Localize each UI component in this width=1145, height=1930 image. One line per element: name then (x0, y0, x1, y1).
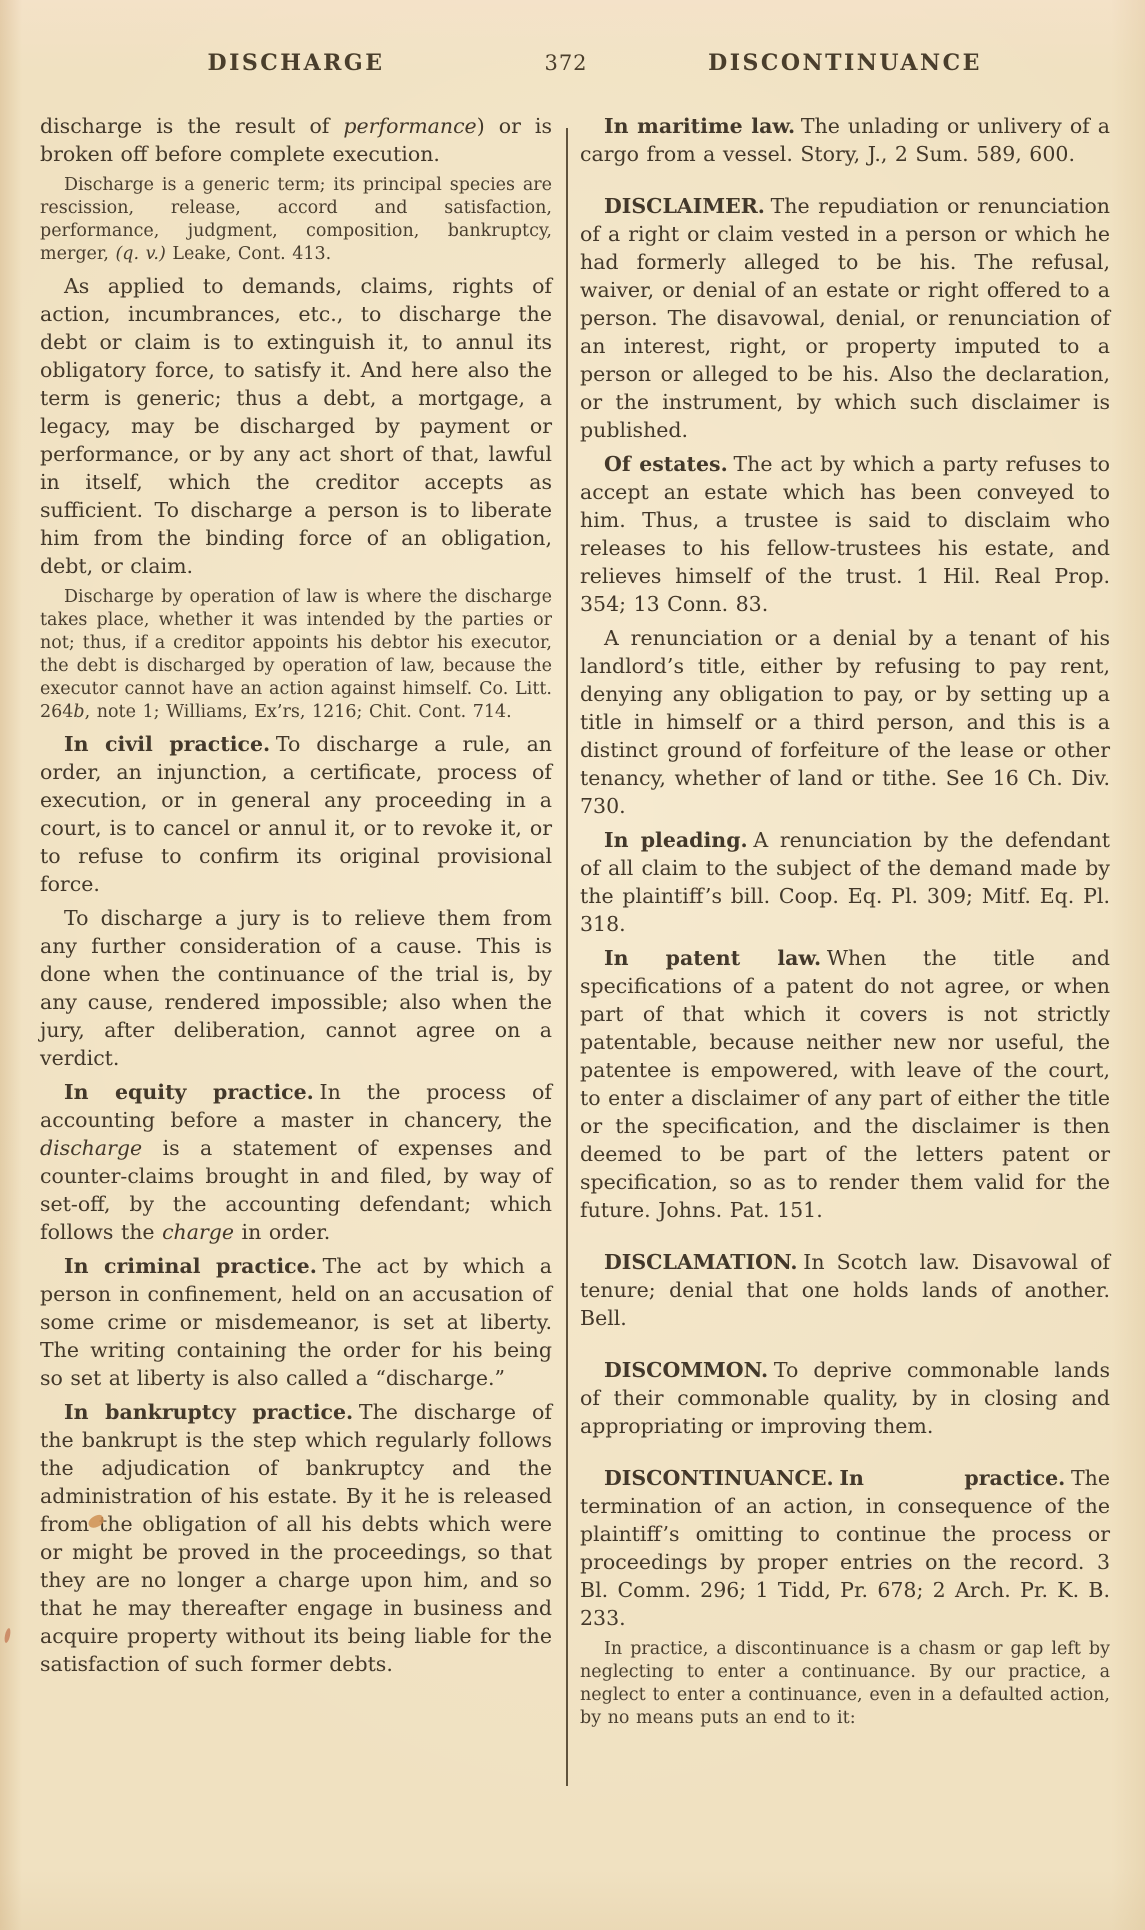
scanned-dictionary-page: DISCHARGE 372 DISCONTINUANCE discharge i… (0, 0, 1145, 1930)
disclaimer-entry: DISCLAIMER.The repudiation or renunciati… (580, 192, 1110, 444)
text-run-bold: DISCONTINUANCE. (604, 1466, 834, 1490)
text-run-bold: In patent law. (604, 946, 821, 970)
header-right-word: DISCONTINUANCE (580, 50, 1110, 76)
discharge-operation-of-law-note: Discharge by operation of law is where t… (40, 586, 552, 724)
text-run-normal: To discharge a jury is to relieve them f… (40, 906, 552, 1070)
bankruptcy-practice-paragraph: In bankruptcy practice.The discharge of … (40, 1398, 552, 1678)
text-run-bold: In pleading. (604, 828, 748, 852)
text-run-bold: DISCLAMATION. (604, 1250, 798, 1274)
text-run-normal: The repudiation or renunciation of a rig… (580, 194, 1110, 442)
two-column-text-block: discharge is the result of performance) … (40, 112, 1110, 1736)
disclamation-entry: DISCLAMATION.In Scotch law. Disavowal of… (580, 1248, 1110, 1332)
text-run-bold: In criminal practice. (64, 1254, 317, 1278)
left-column: discharge is the result of performance) … (40, 112, 552, 1736)
text-run-normal: discharge is the result of (40, 114, 343, 138)
text-run-italic: discharge (40, 1136, 142, 1160)
text-run-italic: b (73, 702, 84, 722)
tenant-renunciation-paragraph: A renunciation or a denial by a tenant o… (580, 624, 1110, 820)
text-run-normal: The discharge of the bankrupt is the ste… (40, 1400, 552, 1676)
text-run-italic: performance (343, 114, 476, 138)
text-run-normal: The termination of an action, in consequ… (580, 1466, 1110, 1630)
discharge-jury-paragraph: To discharge a jury is to relieve them f… (40, 904, 552, 1072)
text-run-bold: DISCOMMON. (604, 1358, 768, 1382)
text-run-bold: In practice. (839, 1466, 1065, 1490)
column-divider-rule (566, 128, 568, 1786)
text-run-bold: DISCLAIMER. (604, 194, 765, 218)
text-run-bold: In bankruptcy practice. (64, 1400, 353, 1424)
discharge-applied-paragraph: As applied to demands, claims, rights of… (40, 272, 552, 580)
running-header: DISCHARGE 372 DISCONTINUANCE (40, 50, 1110, 76)
text-run-normal: To discharge a rule, an order, an injunc… (40, 732, 552, 896)
of-estates-paragraph: Of estates.The act by which a party refu… (580, 450, 1110, 618)
text-run-normal: The act by which a party refuses to acce… (580, 452, 1110, 616)
right-column: In maritime law.The unlading or unlivery… (580, 112, 1110, 1736)
discharge-generic-note: Discharge is a generic term; its princip… (40, 174, 552, 266)
text-run-normal: In practice, a discontinuance is a chasm… (580, 1639, 1110, 1728)
discontinuance-entry: DISCONTINUANCE.In practice.The terminati… (580, 1464, 1110, 1632)
text-run-normal: When the title and specifications of a p… (580, 946, 1110, 1222)
text-run-bold: In equity practice. (64, 1080, 314, 1104)
patent-law-paragraph: In patent law.When the title and specifi… (580, 944, 1110, 1224)
text-run-normal: , note 1; Williams, Ex’rs, 1216; Chit. C… (85, 702, 512, 722)
discontinuance-note: In practice, a discontinuance is a chasm… (580, 1638, 1110, 1730)
header-left-word: DISCHARGE (40, 50, 552, 76)
text-run-normal: A renunciation or a denial by a tenant o… (580, 626, 1110, 818)
text-run-italic: (q. v.) (115, 244, 165, 264)
civil-practice-paragraph: In civil practice.To discharge a rule, a… (40, 730, 552, 898)
text-run-italic: charge (162, 1220, 234, 1244)
text-run-normal: As applied to demands, claims, rights of… (40, 274, 552, 578)
text-run-bold: Of estates. (604, 452, 728, 476)
text-run-normal: in order. (234, 1220, 330, 1244)
pleading-paragraph: In pleading.A renunciation by the defend… (580, 826, 1110, 938)
text-run-bold: In civil practice. (64, 732, 270, 756)
maritime-law-paragraph: In maritime law.The unlading or unlivery… (580, 112, 1110, 168)
text-run-normal: Leake, Cont. 413. (166, 244, 331, 264)
equity-practice-paragraph: In equity practice.In the process of acc… (40, 1078, 552, 1246)
discommon-entry: DISCOMMON.To deprive commonable lands of… (580, 1356, 1110, 1440)
text-run-bold: In maritime law. (604, 114, 795, 138)
discharge-continuation-paragraph: discharge is the result of performance) … (40, 112, 552, 168)
page-number: 372 (552, 51, 580, 75)
criminal-practice-paragraph: In criminal practice.The act by which a … (40, 1252, 552, 1392)
paper-stain (3, 1628, 11, 1644)
